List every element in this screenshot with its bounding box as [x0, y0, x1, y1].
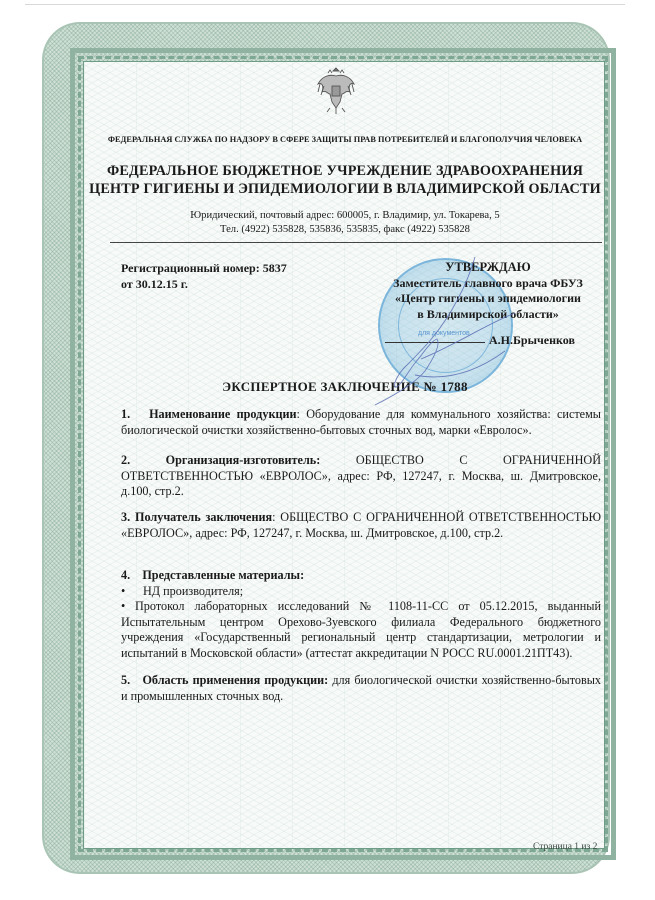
organization-address: Юридический, почтовый адрес: 600005, г. … [88, 209, 602, 237]
section-4-materials: 4. Представленные материалы: •НД произво… [121, 568, 601, 661]
address-line-1: Юридический, почтовый адрес: 600005, г. … [88, 209, 602, 223]
section-2-number: 2. [121, 453, 130, 467]
page-number: Страница 1 из 2 [533, 842, 597, 852]
scan-edge-line [25, 4, 625, 5]
russian-coat-of-arms-icon [314, 64, 358, 116]
header-divider [110, 242, 602, 243]
org-line-1: ФЕДЕРАЛЬНОЕ БЮДЖЕТНОЕ УЧРЕЖДЕНИЕ ЗДРАВОО… [88, 162, 602, 180]
section-2-manufacturer: 2. Организация-изготовитель: ОБЩЕСТВО С … [121, 453, 601, 500]
address-line-2: Тел. (4922) 535828, 535836, 535835, факс… [88, 223, 602, 237]
registration-block: Регистрационный номер: 5837 от 30.12.15 … [121, 260, 287, 292]
section-2-label: Организация-изготовитель: [166, 453, 321, 467]
org-line-2: ЦЕНТР ГИГИЕНЫ И ЭПИДЕМИОЛОГИИ В ВЛАДИМИР… [88, 180, 602, 198]
agency-name: ФЕДЕРАЛЬНАЯ СЛУЖБА ПО НАДЗОРУ В СФЕРЕ ЗА… [88, 135, 602, 144]
registration-number: Регистрационный номер: 5837 [121, 260, 287, 276]
registration-date: от 30.12.15 г. [121, 276, 287, 292]
section-5-number: 5. [121, 673, 130, 687]
materials-bullet-2: •Протокол лабораторных исследований № 11… [121, 599, 601, 661]
section-4-number: 4. [121, 568, 130, 582]
section-3-recipient: 3. Получатель заключения: ОБЩЕСТВО С ОГР… [121, 510, 601, 541]
section-1-number: 1. [121, 407, 130, 421]
handwritten-signature-icon [355, 255, 535, 415]
section-3-number: 3. [121, 510, 130, 524]
section-5-application: 5. Область применения продукции: для био… [121, 673, 601, 704]
section-4-label: Представленные материалы: [142, 568, 304, 582]
bullet-icon: • [121, 584, 143, 600]
organization-name: ФЕДЕРАЛЬНОЕ БЮДЖЕТНОЕ УЧРЕЖДЕНИЕ ЗДРАВОО… [88, 162, 602, 198]
bullet-icon: • [121, 599, 135, 615]
section-3-label: Получатель заключения [135, 510, 272, 524]
section-5-label: Область применения продукции: [142, 673, 328, 687]
materials-bullet-1: •НД производителя; [121, 584, 601, 600]
section-1-label: Наименование продукции [149, 407, 296, 421]
